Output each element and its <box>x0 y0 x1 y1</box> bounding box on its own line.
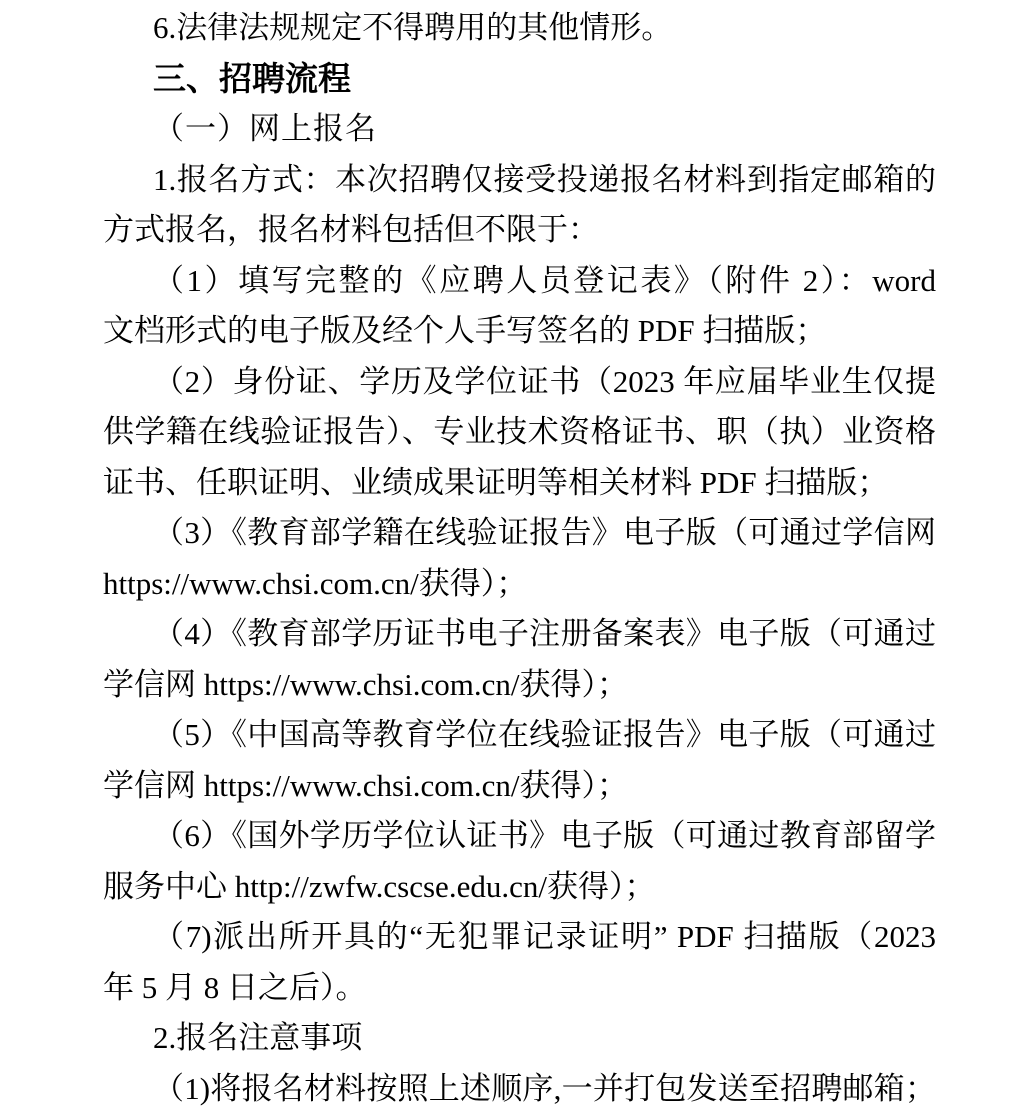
text-line: （2）身份证、学历及学位证书（2023 年应届毕业生仅提 <box>103 357 936 408</box>
sub-section-heading: （一）网上报名 <box>103 104 936 155</box>
text-line: 文档形式的电子版及经个人手写签名的 PDF 扫描版； <box>103 306 936 357</box>
document-page: 6.法律法规规定不得聘用的其他情形。三、招聘流程（一）网上报名1.报名方式：本次… <box>0 0 1032 1116</box>
text-line: （6）《国外学历学位认证书》电子版（可通过教育部留学 <box>103 811 936 862</box>
text-line: 方式报名，报名材料包括但不限于： <box>103 205 936 256</box>
text-line: 1.报名方式：本次招聘仅接受投递报名材料到指定邮箱的 <box>103 155 936 206</box>
section-heading: 三、招聘流程 <box>103 54 936 105</box>
text-line: （7)派出所开具的“无犯罪记录证明” PDF 扫描版（2023 <box>103 912 936 963</box>
text-line: 学信网 https://www.chsi.com.cn/获得）； <box>103 660 936 711</box>
text-line: （5）《中国高等教育学位在线验证报告》电子版（可通过 <box>103 710 936 761</box>
text-line: （4）《教育部学历证书电子注册备案表》电子版（可通过 <box>103 609 936 660</box>
text-line: 服务中心 http://zwfw.cscse.edu.cn/获得）； <box>103 862 936 913</box>
text-line: （1)将报名材料按照上述顺序,一并打包发送至招聘邮箱； <box>103 1064 936 1115</box>
text-line: 供学籍在线验证报告）、专业技术资格证书、职（执）业资格 <box>103 407 936 458</box>
text-line: 2.报名注意事项 <box>103 1013 936 1064</box>
text-line: （1）填写完整的《应聘人员登记表》（附件 2）：word <box>103 256 936 307</box>
text-line: 证书、任职证明、业绩成果证明等相关材料 PDF 扫描版； <box>103 458 936 509</box>
text-line: 年 5 月 8 日之后）。 <box>103 963 936 1014</box>
text-line: （3）《教育部学籍在线验证报告》电子版（可通过学信网 <box>103 508 936 559</box>
text-line: 学信网 https://www.chsi.com.cn/获得）； <box>103 761 936 812</box>
document-body: 6.法律法规规定不得聘用的其他情形。三、招聘流程（一）网上报名1.报名方式：本次… <box>103 3 936 1114</box>
text-line: https://www.chsi.com.cn/获得）； <box>103 559 936 610</box>
text-line: 6.法律法规规定不得聘用的其他情形。 <box>103 3 936 54</box>
